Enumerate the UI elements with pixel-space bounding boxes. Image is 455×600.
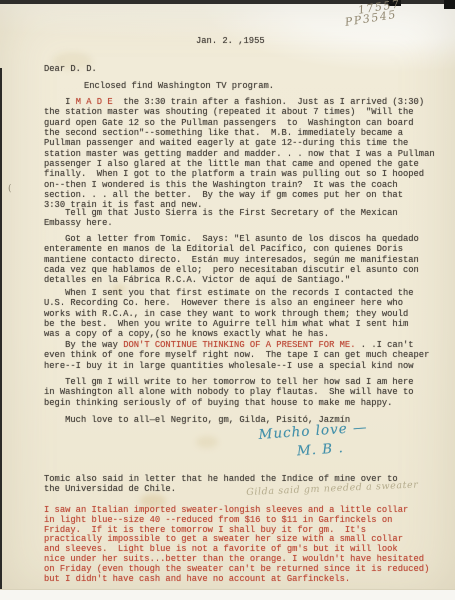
paragraph-much-love: Much love to all—el Negrito, gm, Gilda, … bbox=[44, 415, 448, 425]
scan-left-edge bbox=[0, 68, 2, 590]
paragraph-sweater: I saw an Italian imported sweater-longis… bbox=[44, 506, 448, 584]
paragraph-justo-sierra: Tell gm that Justo Sierra is the First S… bbox=[44, 208, 448, 229]
paragraph-train-text: the 3:30 train after a fashion. Just as … bbox=[44, 97, 435, 210]
paragraph-train-text: I bbox=[44, 97, 76, 107]
paragraph-write-gm: Tell gm I will write to her tomorrow to … bbox=[44, 377, 448, 408]
paragraph-present: By the way DON'T CONTINUE THINKING OF A … bbox=[44, 340, 448, 371]
paragraph-tomic-letter: Got a letter from Tomic. Says: "El asunt… bbox=[44, 234, 448, 286]
scan-tab-mark bbox=[444, 0, 455, 9]
salutation: Dear D. D. bbox=[44, 64, 97, 74]
paragraph-train: I M A D E the 3:30 train after a fashion… bbox=[44, 97, 448, 211]
paper-stain bbox=[196, 436, 218, 448]
stray-pencil-mark: ( bbox=[8, 184, 12, 194]
paragraph-present-text: By the way bbox=[44, 340, 123, 350]
paragraph-records: When I sent you that first estimate on t… bbox=[44, 288, 448, 340]
handwritten-signature: Mucho love — M. B . bbox=[258, 418, 369, 464]
enclosure-line: Enclosed find Washington TV program. bbox=[84, 81, 274, 91]
letter-date: Jan. 2. ,1955 bbox=[196, 36, 265, 46]
scan-bottom-edge bbox=[0, 589, 455, 600]
paragraph-train-red-emphasis: M A D E bbox=[76, 97, 113, 107]
paragraph-present-red-emphasis: DON'T CONTINUE THINKING OF A PRESENT FOR… bbox=[123, 340, 355, 350]
letter-scan: 17557 PP3545 Jan. 2. ,1955 Dear D. D. En… bbox=[0, 0, 455, 600]
